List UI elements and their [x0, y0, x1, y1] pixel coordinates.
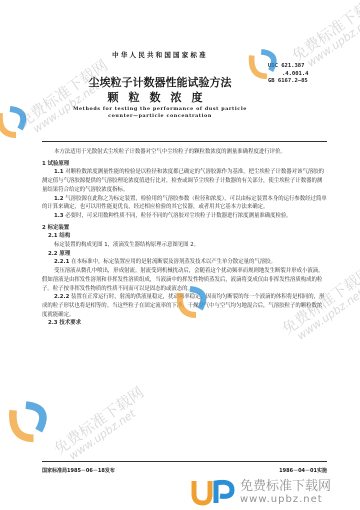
up-logo-icon [190, 478, 236, 506]
clause-number: 1.3 [54, 213, 64, 219]
title-english: Methods for testing the performance of d… [60, 106, 260, 120]
section-2-2-heading: 2.2 原理 [42, 250, 327, 259]
watermark-text: 免费标准下载网 www.upbz.net [52, 385, 153, 467]
up-logo-icon [176, 285, 212, 321]
clause-text: 在本标准中，标定装置应用的是射流断裂及溶剂蒸发技术以产生单分散定量的气溶胶。 [71, 259, 276, 265]
standard-name: 中华人民共和国国家标准 [100, 50, 220, 59]
footer: 国家标准局1985－06－18发布 1986－04－01实施 [42, 467, 327, 474]
up-logo-icon [248, 48, 282, 82]
header-divider [42, 141, 327, 142]
footer-divider [42, 461, 327, 462]
clause-1-3: 1.3 必要时，可采用数种性质不同，粒径不同的气溶胶对尘埃粒子计数器进行浓度测量… [42, 212, 327, 221]
title-en-line1: Methods for testing the performance of d… [60, 106, 260, 113]
watermark-text: 免费标准下载网 www.upbz.net [290, 0, 360, 73]
clause-text: 必要时，可采用数种性质不同，粒径不同的气溶胶对尘埃粒子计数器进行浓度测量准确度检… [65, 213, 291, 219]
section-2-1-heading: 2.1 结构 [42, 232, 327, 241]
implementation-date: 1986－04－01实施 [279, 467, 327, 474]
clause-2-2-1: 2.2.1 在本标准中，标定装置应用的是射流断裂及溶剂蒸发技术以产生单分散定量的… [42, 258, 327, 267]
up-logo-icon [0, 105, 32, 141]
watermark-brand: 免费标准下载网 www.upbz.net [190, 478, 331, 506]
document-page: 中华人民共和国国家标准 UDC 621.387 .4.001.4 GB 6167… [0, 0, 360, 510]
clause-1-2: 1.2 气溶胶源在此称之为标定装置，检验用的气溶胶参数（粒径和浓度），可以由标定… [42, 195, 327, 212]
clause-number: 2.2.2 [54, 294, 69, 300]
clause-number: 1.1 [54, 169, 64, 175]
section-2-heading: 2 标定装置 [42, 224, 327, 233]
title-en-line2: counter—particle concentration [60, 113, 260, 120]
clause-number: 2.2.1 [54, 259, 69, 265]
section-1-heading: 1 试验原理 [42, 160, 327, 169]
watermark-brand-cn: 免费标准下载网 [240, 480, 331, 493]
watermark-brand-url: www.upbz.net [240, 495, 331, 505]
intro-paragraph: 本方法适用于光散射式尘埃粒子计数器对空气中尘埃粒子的颗粒数浓度的测量准确程度进行… [42, 148, 327, 157]
up-logo-icon [8, 400, 54, 446]
clause-2-1: 标定装置的构成见图 1，液滴发生器结构原理示意图见图 2。 [42, 241, 327, 250]
clause-text: 气溶胶源在此称之为标定装置，检验用的气溶胶参数（粒径和浓度），可以由标定装置本身… [42, 196, 327, 211]
clause-number: 1.2 [54, 196, 64, 202]
clause-text: 对颗粒数浓度测量性能的检验是以粒径和浓度都已确定的气溶胶源作为基准，把尘埃粒子计… [42, 169, 324, 192]
issue-date: 国家标准局1985－06－18发布 [42, 467, 115, 474]
clause-1-1: 1.1 对颗粒数浓度测量性能的检验是以粒径和浓度都已确定的气溶胶源作为基准，把尘… [42, 168, 327, 194]
